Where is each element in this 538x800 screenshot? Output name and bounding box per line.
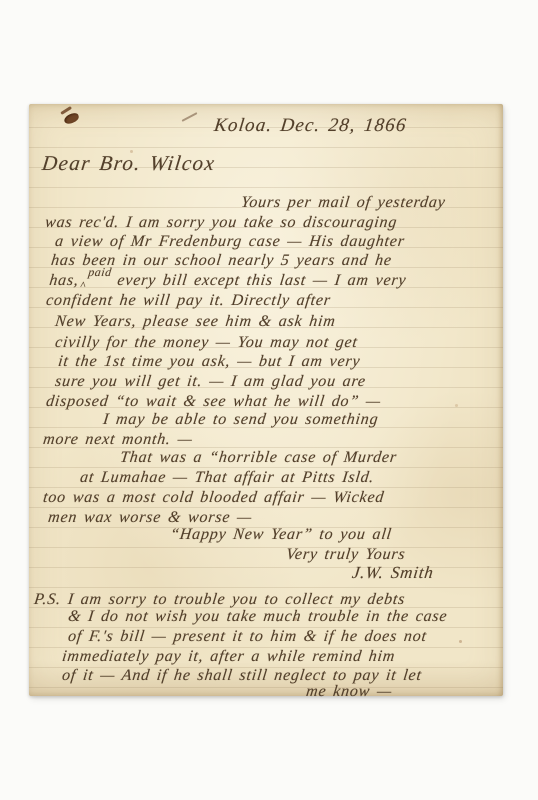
postscript-line: immediately pay it, after a while remind… — [61, 647, 396, 666]
salutation: Dear Bro. Wilcox — [41, 154, 217, 173]
letter-line: was rec'd. I am sorry you take so discou… — [44, 213, 398, 232]
signature: J.W. Smith — [351, 563, 435, 582]
postscript-line: of F.'s bill — present it to him & if he… — [67, 627, 428, 646]
letter-line: more next month. — — [42, 430, 194, 449]
heading-date: Koloa. Dec. 28, 1866 — [213, 116, 408, 135]
letter-line: civilly for the money — You may not get — [54, 333, 359, 352]
letter-line: confident he will pay it. Directly after — [45, 291, 332, 310]
letter-line: “Happy New Year” to you all — [169, 525, 393, 544]
ink-blot-body — [63, 112, 80, 125]
letter-line-with-insertion: has,^paid every bill except this last — … — [48, 271, 408, 292]
letter-line: too was a most cold blooded affair — Wic… — [42, 488, 385, 507]
letter-line: at Lumahae — That affair at Pitts Isld. — [79, 468, 375, 487]
letter-line: New Years, please see him & ask him — [54, 312, 337, 331]
inserted-word: paid — [87, 265, 112, 279]
stain-speck — [459, 640, 462, 643]
ink-blot — [60, 106, 84, 126]
closing: Very truly Yours — [285, 545, 407, 564]
insertion-pre-text: has, — [48, 272, 80, 289]
postscript-line: & I do not wish you take much trouble in… — [67, 607, 449, 626]
letter-line: Yours per mail of yesterday — [240, 193, 447, 212]
letter-line: I may be able to send you something — [102, 410, 380, 429]
letter-line: That was a “horrible case of Murder — [119, 448, 398, 467]
letter-line: sure you will get it. — I am glad you ar… — [54, 372, 367, 391]
insertion-post-text: every bill except this last — I am very — [110, 272, 408, 289]
stain-speck — [455, 404, 458, 407]
stray-pen-mark — [182, 112, 198, 122]
letter-paper: Koloa. Dec. 28, 1866 Dear Bro. Wilcox Yo… — [29, 104, 503, 696]
letter-line: a view of Mr Fredenburg case — His daugh… — [54, 232, 406, 251]
postscript-line: me know — — [305, 682, 393, 701]
letter-line: it the 1st time you ask, — but I am very — [57, 352, 362, 371]
letter-line: disposed “to wait & see what he will do”… — [45, 392, 382, 411]
scan-background: Koloa. Dec. 28, 1866 Dear Bro. Wilcox Yo… — [0, 0, 538, 800]
